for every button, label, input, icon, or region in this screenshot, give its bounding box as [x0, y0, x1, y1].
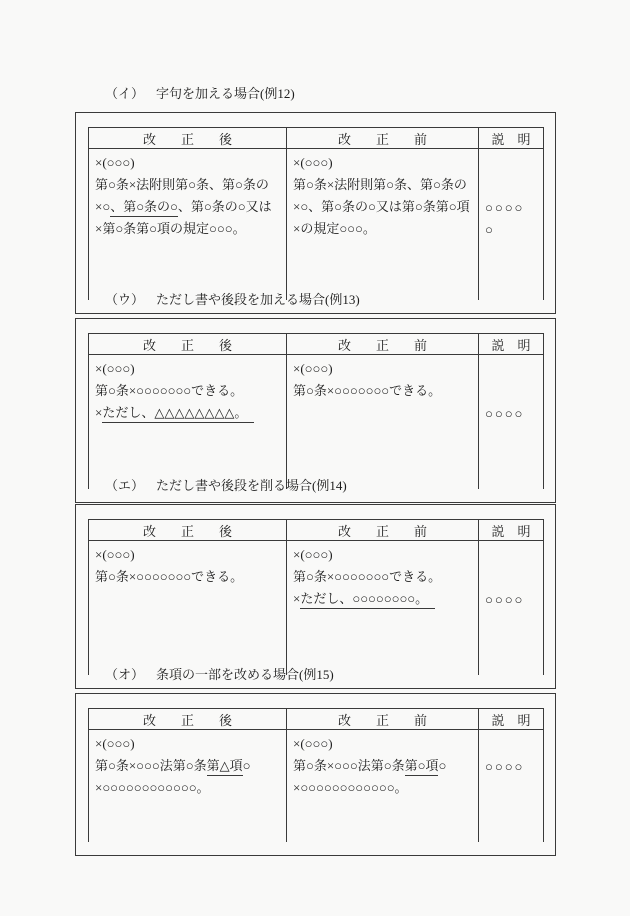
- section-title: ただし書や後段を加える場合(例13): [156, 292, 360, 307]
- table-outer-frame: 改 正 後 改 正 前 説 明 ×(○○○)第○条×○○○○○○○できる。 ×(…: [75, 504, 556, 689]
- before-cell: ×(○○○)第○条×○○○○○○○できる。×ただし、○○○○○○○○。: [287, 541, 479, 676]
- column-header-note: 説 明: [479, 128, 544, 149]
- column-header-note: 説 明: [479, 520, 544, 541]
- text-line: 第○条×○○○○○○○できる。: [293, 380, 474, 402]
- section-title: 条項の一部を改める場合(例15): [156, 667, 334, 682]
- before-cell: ×(○○○)第○条×法附則第○条、第○条の×○、第○条の○又は第○条第○項×の規…: [287, 149, 479, 301]
- text-line: ×ただし、△△△△△△△△。: [95, 402, 282, 424]
- text-line: ○○○○: [485, 403, 539, 425]
- text-line: ×(○○○): [293, 544, 474, 566]
- text-line: ○○○○: [485, 589, 539, 611]
- table-outer-frame: 改 正 後 改 正 前 説 明 ×(○○○)第○条×○○○○○○○できる。×ただ…: [75, 318, 556, 503]
- section-title: ただし書や後段を削る場合(例14): [156, 478, 347, 493]
- after-cell: ×(○○○)第○条×○○○○○○○できる。×ただし、△△△△△△△△。: [89, 355, 287, 490]
- column-header-after: 改 正 後: [89, 128, 287, 149]
- text-line: ×(○○○): [95, 358, 282, 380]
- text-line: ×(○○○): [95, 733, 282, 755]
- comparison-table: 改 正 後 改 正 前 説 明 ×(○○○)第○条×法附則第○条、第○条の×○、…: [88, 127, 544, 300]
- text-line: 第○条×法附則第○条、第○条の: [293, 174, 474, 196]
- text-line: ×○○○○○○○○○○○○。: [293, 777, 474, 799]
- note-cell: ○○○○: [479, 355, 544, 490]
- comparison-table: 改 正 後 改 正 前 説 明 ×(○○○)第○条×○○○○○○○できる。 ×(…: [88, 519, 544, 675]
- after-cell: ×(○○○)第○条×○○○○○○○できる。: [89, 541, 287, 676]
- table-header-row: 改 正 後 改 正 前 説 明: [89, 520, 544, 541]
- table-header-row: 改 正 後 改 正 前 説 明: [89, 128, 544, 149]
- note-cell: ○○○○: [479, 541, 544, 676]
- column-header-note: 説 明: [479, 709, 544, 730]
- section-title: 字句を加える場合(例12): [156, 86, 295, 101]
- table-outer-frame: 改 正 後 改 正 前 説 明 ×(○○○)第○条×法附則第○条、第○条の×○、…: [75, 112, 556, 314]
- section-example-15: （オ）条項の一部を改める場合(例15) 改 正 後 改 正 前 説 明 ×(○○…: [75, 667, 556, 856]
- section-label: （オ）: [105, 667, 144, 682]
- text-line: ×(○○○): [293, 733, 474, 755]
- comparison-table: 改 正 後 改 正 前 説 明 ×(○○○)第○条×○○○法第○条第△項○×○○…: [88, 708, 544, 842]
- column-header-after: 改 正 後: [89, 709, 287, 730]
- table-header-row: 改 正 後 改 正 前 説 明: [89, 334, 544, 355]
- text-line: ○○○○: [485, 197, 539, 219]
- table-body-row: ×(○○○)第○条×法附則第○条、第○条の×○、第○条の○、第○条の○又は×第○…: [89, 149, 544, 301]
- section-label: （エ）: [105, 478, 144, 493]
- section-label: （イ）: [105, 86, 144, 101]
- text-line: 第○条×○○○○○○○できる。: [293, 566, 474, 588]
- column-header-note: 説 明: [479, 334, 544, 355]
- text-line: ×(○○○): [95, 544, 282, 566]
- document-page: （イ）字句を加える場合(例12) 改 正 後 改 正 前 説 明 ×(○○○)第…: [0, 0, 630, 916]
- note-cell: ○○○○: [479, 730, 544, 843]
- section-example-13: （ウ）ただし書や後段を加える場合(例13) 改 正 後 改 正 前 説 明 ×(…: [75, 292, 556, 503]
- text-line: ○○○○: [485, 756, 539, 778]
- text-line: ×(○○○): [293, 358, 474, 380]
- text-line: ×(○○○): [95, 152, 282, 174]
- section-heading: （オ）条項の一部を改める場合(例15): [75, 667, 556, 683]
- table-body-row: ×(○○○)第○条×○○○法第○条第△項○×○○○○○○○○○○○○。 ×(○○…: [89, 730, 544, 843]
- before-cell: ×(○○○)第○条×○○○法第○条第○項○×○○○○○○○○○○○○。: [287, 730, 479, 843]
- column-header-before: 改 正 前: [287, 334, 479, 355]
- text-line: ×○、第○条の○又は第○条第○項: [293, 196, 474, 218]
- text-line: 第○条×○○○○○○○できる。: [95, 566, 282, 588]
- after-cell: ×(○○○)第○条×法附則第○条、第○条の×○、第○条の○、第○条の○又は×第○…: [89, 149, 287, 301]
- after-cell: ×(○○○)第○条×○○○法第○条第△項○×○○○○○○○○○○○○。: [89, 730, 287, 843]
- text-line: ×○、第○条の○、第○条の○又は: [95, 196, 282, 218]
- text-line: 第○条×○○○法第○条第△項○: [95, 755, 282, 777]
- text-line: 第○条×○○○○○○○できる。: [95, 380, 282, 402]
- text-line: 第○条×○○○法第○条第○項○: [293, 755, 474, 777]
- text-line: ×の規定○○○。: [293, 218, 474, 240]
- column-header-after: 改 正 後: [89, 520, 287, 541]
- text-line: 第○条×法附則第○条、第○条の: [95, 174, 282, 196]
- comparison-table: 改 正 後 改 正 前 説 明 ×(○○○)第○条×○○○○○○○できる。×ただ…: [88, 333, 544, 489]
- column-header-before: 改 正 前: [287, 520, 479, 541]
- before-cell: ×(○○○)第○条×○○○○○○○できる。: [287, 355, 479, 490]
- note-cell: ○○○○○: [479, 149, 544, 301]
- column-header-before: 改 正 前: [287, 709, 479, 730]
- section-heading: （エ）ただし書や後段を削る場合(例14): [75, 478, 556, 494]
- table-header-row: 改 正 後 改 正 前 説 明: [89, 709, 544, 730]
- text-line: ×(○○○): [293, 152, 474, 174]
- table-outer-frame: 改 正 後 改 正 前 説 明 ×(○○○)第○条×○○○法第○条第△項○×○○…: [75, 693, 556, 856]
- table-body-row: ×(○○○)第○条×○○○○○○○できる。 ×(○○○)第○条×○○○○○○○で…: [89, 541, 544, 676]
- column-header-after: 改 正 後: [89, 334, 287, 355]
- section-label: （ウ）: [105, 292, 144, 307]
- text-line: ×○○○○○○○○○○○○。: [95, 777, 282, 799]
- text-line: ×ただし、○○○○○○○○。: [293, 588, 474, 610]
- column-header-before: 改 正 前: [287, 128, 479, 149]
- section-heading: （ウ）ただし書や後段を加える場合(例13): [75, 292, 556, 308]
- section-example-12: （イ）字句を加える場合(例12) 改 正 後 改 正 前 説 明 ×(○○○)第…: [75, 86, 556, 314]
- table-body-row: ×(○○○)第○条×○○○○○○○できる。×ただし、△△△△△△△△。 ×(○○…: [89, 355, 544, 490]
- section-example-14: （エ）ただし書や後段を削る場合(例14) 改 正 後 改 正 前 説 明 ×(○…: [75, 478, 556, 689]
- section-heading: （イ）字句を加える場合(例12): [75, 86, 556, 102]
- text-line: ×第○条第○項の規定○○○。: [95, 218, 282, 240]
- text-line: ○: [485, 219, 539, 241]
